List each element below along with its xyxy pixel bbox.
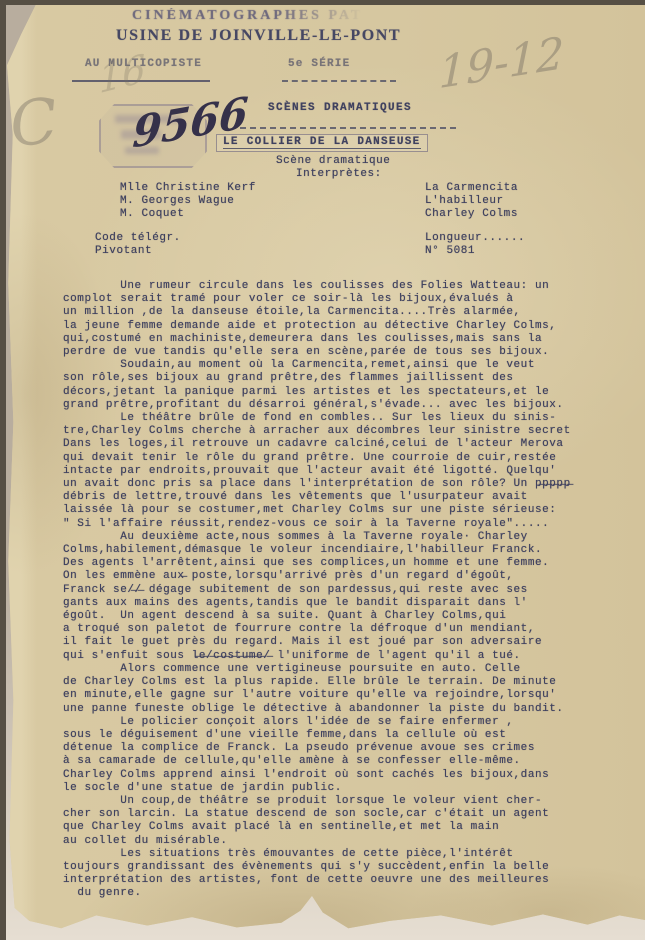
synopsis-body: Une rumeur circule dans les coulisses de…: [63, 280, 633, 901]
cast-role-2: L'habilleur: [425, 195, 504, 208]
synopsis-paragraph: Le théâtre brûle de fond en combles.. Su…: [63, 412, 633, 531]
handwritten-letter-c: C: [6, 84, 61, 162]
genre-subtitle: Scène dramatique: [276, 155, 390, 168]
cast-role-3: Charley Colms: [425, 208, 518, 221]
telegraph-code-label: Code télégr.: [95, 232, 181, 245]
cast-role-1: La Carmencita: [425, 182, 518, 195]
synopsis-paragraph: Le policier conçoit alors l'idée de se f…: [63, 716, 633, 795]
film-title: LE COLLIER DE LA DANSEUSE: [223, 136, 421, 149]
section-heading: SCÈNES DRAMATIQUES: [268, 102, 412, 115]
cast-name-2: M. Georges Wague: [120, 195, 234, 208]
company-stamp-line2: USINE DE JOINVILLE-LE-PONT: [116, 27, 401, 45]
cast-heading: Interprètes:: [296, 168, 382, 181]
synopsis-paragraph: Soudain,au moment où la Carmencita,remet…: [63, 359, 633, 412]
series-rule: [282, 80, 396, 82]
synopsis-paragraph: Un coup,de théâtre se produit lorsque le…: [63, 795, 633, 848]
section-rule: [240, 127, 456, 129]
catalogue-number: N° 5081: [425, 245, 475, 258]
company-stamp-line1: CINÉMATOGRAPHES PAT: [132, 8, 363, 24]
cast-name-3: M. Coquet: [120, 208, 184, 221]
telegraph-code-value: Pivotant: [95, 245, 152, 258]
synopsis-paragraph: Une rumeur circule dans les coulisses de…: [63, 280, 633, 359]
film-title-box: LE COLLIER DE LA DANSEUSE: [216, 134, 428, 152]
series-heading: 5e SÉRIE: [288, 58, 350, 71]
synopsis-paragraph: Au deuxième acte,nous sommes à la Tavern…: [63, 531, 633, 663]
length-label: Longueur......: [425, 232, 525, 245]
scanned-document: CINÉMATOGRAPHES PAT USINE DE JOINVILLE-L…: [0, 0, 645, 940]
synopsis-paragraph: Alors commence une vertigineuse poursuit…: [63, 663, 633, 716]
cast-name-1: Mlle Christine Kerf: [120, 182, 256, 195]
synopsis-paragraph: Les situations très émouvantes de cette …: [63, 848, 633, 901]
